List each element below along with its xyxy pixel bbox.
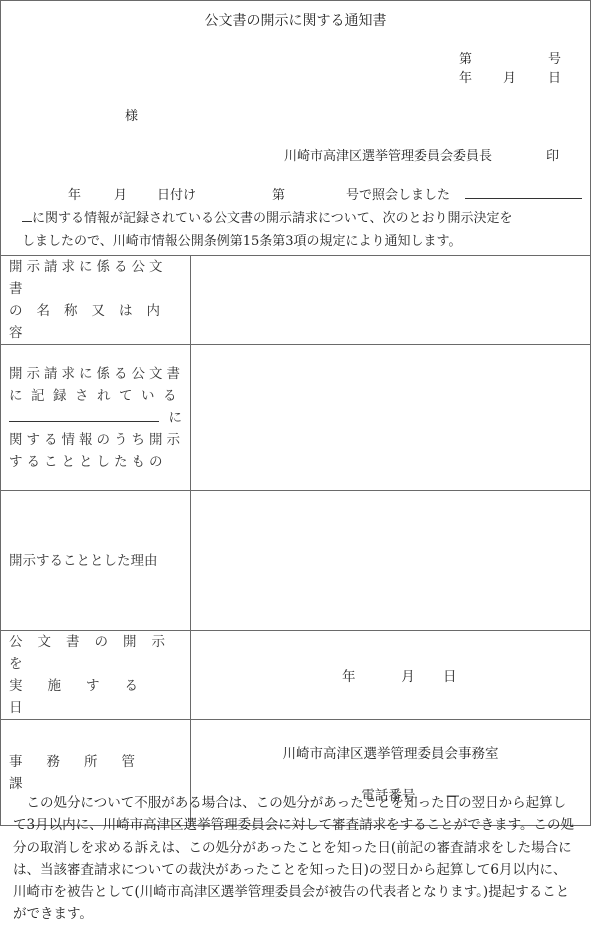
intro-line-2-text: に関する情報が記録されている公文書の開示請求について、次のとおり開示決定を [32, 211, 512, 226]
label-line: 開示請求に係る公文書 [9, 363, 190, 385]
date-year: 年 [321, 665, 376, 685]
label-line: 開示請求に係る公文書 [9, 256, 182, 300]
issuer-name: 川崎市高津区選挙管理委員会委員長 [284, 145, 492, 164]
label-line: 開示することとした理由 [9, 550, 190, 572]
intro-go-text: 号で照会しました [346, 184, 450, 203]
row-value-reason[interactable] [191, 491, 591, 631]
date-day: 日 [440, 665, 460, 685]
row-label-disclosed-info: 開示請求に係る公文書 に記録されている に 関する情報のうち開示 することとした… [1, 345, 191, 491]
intro-year: 年 [68, 184, 81, 203]
intro-month: 月 [114, 184, 127, 203]
appeal-notice-text: この処分について不服がある場合は、この処分があったことを知った日の翌日から起算し… [13, 792, 579, 925]
table-row: 開示することとした理由 [1, 491, 591, 631]
table-row: 公文書の開示を 実施する日 年 月 日 [1, 631, 591, 720]
date-day: 日 [548, 67, 561, 86]
number-dai: 第 [459, 48, 472, 67]
office-name: 川崎市高津区選挙管理委員会事務室 [191, 742, 590, 762]
appeal-notice: この処分について不服がある場合は、この処分があったことを知った日の翌日から起算し… [13, 792, 579, 925]
date-month: 月 [381, 665, 436, 685]
number-go: 号 [548, 48, 561, 67]
label-line: に [169, 407, 183, 429]
label-line: の名称又は内容 [9, 300, 182, 344]
intro-dated: 日付け [157, 184, 196, 203]
table-row: 開示請求に係る公文書 の名称又は内容 [1, 256, 591, 345]
date-year: 年 [459, 67, 472, 86]
label-line: に記録されている [9, 385, 190, 407]
label-line: 事務所管課 [9, 751, 190, 795]
disclosure-table: 開示請求に係る公文書 の名称又は内容 開示請求に係る公文書 に記録されている に… [0, 255, 591, 826]
table-row: 開示請求に係る公文書 に記録されている に 関する情報のうち開示 することとした… [1, 345, 591, 491]
row-value-disclosure-date[interactable]: 年 月 日 [191, 631, 591, 720]
intro-dai: 第 [272, 184, 285, 203]
row-label-document-name: 開示請求に係る公文書 の名称又は内容 [1, 256, 191, 345]
intro-blank-line-1 [465, 186, 582, 203]
label-line: 実施する日 [9, 675, 190, 719]
row-value-document-name[interactable] [191, 256, 591, 345]
blank-line [9, 407, 159, 422]
date-month: 月 [503, 67, 516, 86]
addressee-suffix: 様 [125, 105, 138, 124]
row-value-disclosed-info[interactable] [191, 345, 591, 491]
document-title: 公文書の開示に関する通知書 [0, 10, 591, 30]
seal-mark: 印 [546, 145, 559, 164]
label-line-blank: に [9, 407, 190, 429]
label-line: 関する情報のうち開示 [9, 429, 190, 451]
intro-line-2: に関する情報が記録されている公文書の開示請求について、次のとおり開示決定を [22, 207, 512, 226]
label-line: することとしたもの [9, 451, 190, 473]
row-label-disclosure-date: 公文書の開示を 実施する日 [1, 631, 191, 720]
row-label-reason: 開示することとした理由 [1, 491, 191, 631]
label-line: 公文書の開示を [9, 631, 190, 675]
intro-line-3: しましたので、川崎市情報公開条例第15条第3項の規定により通知します。 [22, 230, 462, 249]
